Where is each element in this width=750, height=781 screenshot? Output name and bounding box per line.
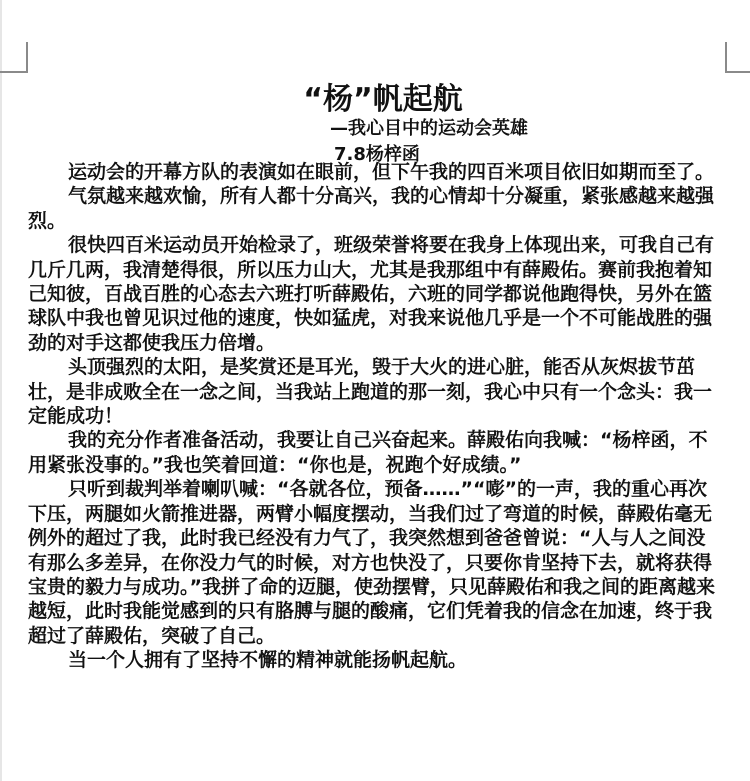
document-subtitle: —我心目中的运动会英雄 bbox=[330, 114, 528, 140]
document-title: “杨”帆起航 bbox=[0, 74, 750, 118]
paragraph-1: 运动会的开幕方队的表演如在眼前，但下午我的四百米项目依旧如期而至了。 bbox=[28, 160, 718, 184]
paragraph-5: 我的充分作者准备活动，我要让自己兴奋起来。薛殿佑向我喊：“杨梓函，不用紧张没事的… bbox=[28, 428, 718, 477]
crop-mark-top-right bbox=[725, 42, 750, 73]
paragraph-2: 气氛越来越欢愉，所有人都十分高兴，我的心情却十分凝重，紧张感越来越强烈。 bbox=[28, 184, 718, 233]
document-body: 运动会的开幕方队的表演如在眼前，但下午我的四百米项目依旧如期而至了。 气氛越来越… bbox=[28, 160, 718, 673]
paragraph-7: 当一个人拥有了坚持不懈的精神就能扬帆起航。 bbox=[28, 648, 718, 672]
paragraph-4: 头顶强烈的太阳，是奖赏还是耳光，毁于大火的进心脏，能否从灰烬拔节茁壮，是非成败全… bbox=[28, 355, 718, 428]
paragraph-6: 只听到裁判举着喇叭喊：“各就各位，预备……”“嘭”的一声，我的重心再次下压，两腿… bbox=[28, 477, 718, 648]
crop-mark-top-left bbox=[0, 42, 28, 73]
paragraph-3: 很快四百米运动员开始检录了，班级荣誉将要在我身上体现出来，可我自己有几斤几两，我… bbox=[28, 233, 718, 355]
